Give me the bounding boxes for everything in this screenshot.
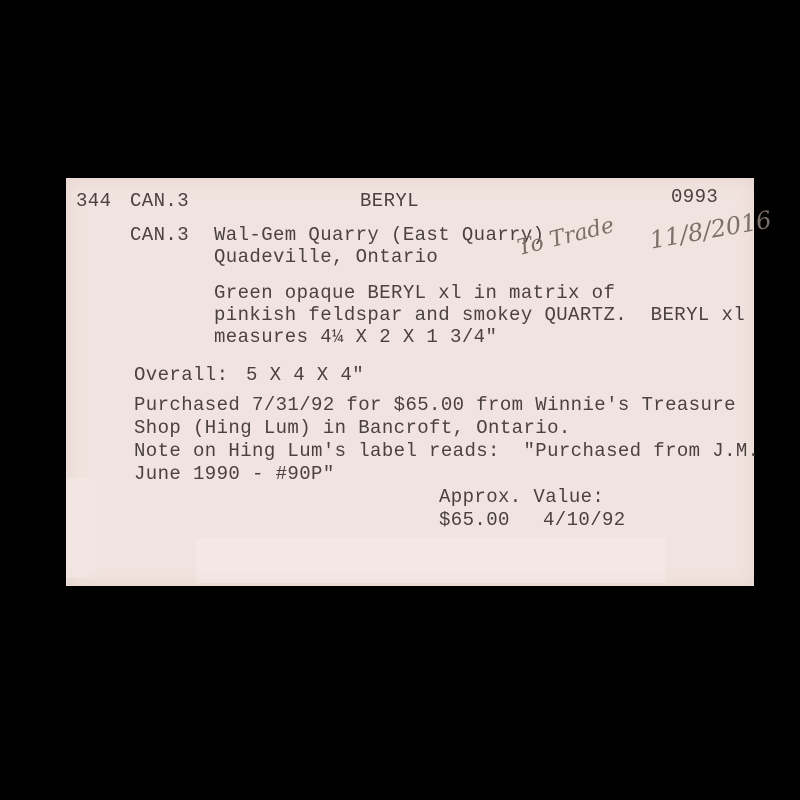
handwritten-note: To Trade bbox=[515, 213, 617, 261]
value-label: Approx. Value: bbox=[439, 486, 604, 508]
specimen-label-card: 344 CAN.3 BERYL 0993 CAN.3 Wal-Gem Quarr… bbox=[66, 178, 754, 586]
overall-value: 5 X 4 X 4" bbox=[246, 364, 364, 386]
provenance-line-1: Purchased 7/31/92 for $65.00 from Winnie… bbox=[134, 394, 736, 416]
locality-code: CAN.3 bbox=[130, 190, 189, 212]
provenance-line-2: Shop (Hing Lum) in Bancroft, Ontario. bbox=[134, 417, 571, 439]
card-tape-strip bbox=[196, 538, 666, 583]
catalog-number: 344 bbox=[76, 190, 111, 212]
description-line-3: measures 4¼ X 2 X 1 3/4" bbox=[214, 326, 497, 348]
overall-label: Overall: bbox=[134, 364, 228, 386]
description-line-2: pinkish feldspar and smokey QUARTZ. BERY… bbox=[214, 304, 745, 326]
card-id: 0993 bbox=[671, 186, 718, 208]
card-fold-mark bbox=[66, 478, 106, 578]
locality-line-1: Wal-Gem Quarry (East Quarry) bbox=[214, 224, 544, 246]
mineral-name: BERYL bbox=[360, 190, 419, 212]
locality-line-2: Quadeville, Ontario bbox=[214, 246, 438, 268]
provenance-line-3: Note on Hing Lum's label reads: "Purchas… bbox=[134, 440, 760, 462]
value-amount: $65.00 bbox=[439, 509, 510, 531]
handwritten-date: 11/8/2016 bbox=[648, 206, 774, 255]
description-line-1: Green opaque BERYL xl in matrix of bbox=[214, 282, 615, 304]
locality-code-2: CAN.3 bbox=[130, 224, 189, 246]
provenance-line-4: June 1990 - #90P" bbox=[134, 463, 335, 485]
value-date: 4/10/92 bbox=[543, 509, 626, 531]
